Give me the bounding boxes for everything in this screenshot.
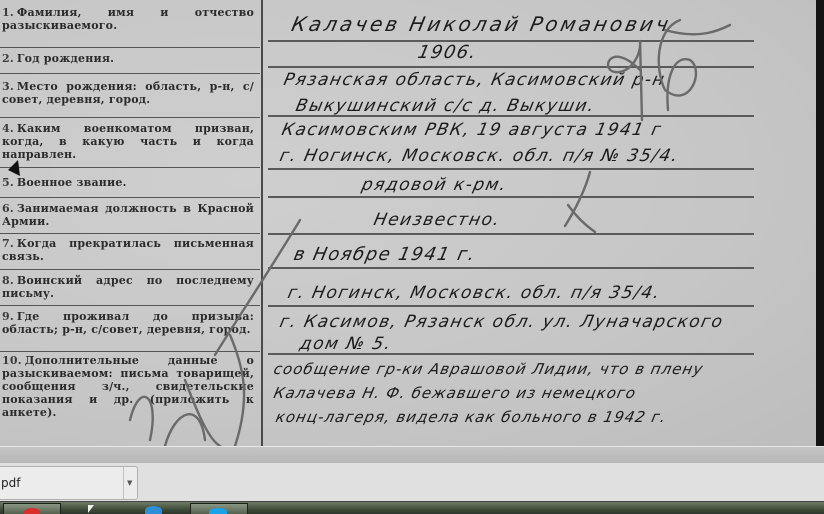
value-full-name: Калачев Николай Романович bbox=[289, 12, 673, 36]
cursor-app-icon bbox=[88, 505, 94, 513]
internet-explorer-icon bbox=[145, 506, 162, 514]
opera-icon bbox=[24, 508, 40, 514]
form-label-10: 10.Дополнительные данные о разыскиваемом… bbox=[0, 352, 260, 446]
ruled-line bbox=[268, 305, 754, 307]
value-last-address: г. Ногинск, Московск. обл. п/я 35/4. bbox=[286, 283, 663, 303]
form-label-7: 7.Когда прекратилась письменная связь. bbox=[0, 234, 260, 270]
value-last-contact: в Ноябре 1941 г. bbox=[292, 244, 478, 265]
ruled-line bbox=[268, 233, 754, 235]
taskbar bbox=[0, 502, 824, 514]
value-rank: рядовой к-рм. bbox=[360, 175, 509, 195]
scanned-document: 1.Фамилия, имя и отчество разыскиваемого… bbox=[0, 0, 816, 446]
value-birthplace-line1: Рязанская область, Касимовский р-н bbox=[282, 70, 668, 90]
viewer-scroll-strip[interactable] bbox=[0, 446, 824, 464]
form-label-5: 5.Военное звание. bbox=[0, 168, 260, 198]
form-label-2: 2.Год рождения. bbox=[0, 48, 260, 74]
value-residence-line1: г. Касимов, Рязанск обл. ул. Луначарског… bbox=[278, 312, 726, 332]
form-label-9: 9.Где проживал до призыва: область; р-н,… bbox=[0, 306, 260, 352]
ruled-line bbox=[268, 168, 754, 170]
column-divider bbox=[261, 0, 263, 446]
ruled-line bbox=[268, 40, 754, 42]
ruled-line bbox=[268, 267, 754, 269]
taskbar-button-opera[interactable] bbox=[3, 503, 61, 514]
taskbar-button-ie[interactable] bbox=[125, 503, 187, 514]
value-birth-year: 1906. bbox=[416, 42, 479, 63]
value-draft-line2: г. Ногинск, Московск. обл. п/я № 35/4. bbox=[278, 146, 681, 166]
value-residence-line2: дом № 5. bbox=[298, 334, 394, 354]
chevron-down-icon: ▼ bbox=[127, 479, 132, 487]
ruled-line bbox=[268, 66, 754, 68]
value-position: Неизвестно. bbox=[372, 210, 503, 230]
form-label-8: 8.Воинский адрес по последнему письму. bbox=[0, 270, 260, 306]
ruled-line bbox=[268, 196, 754, 198]
file-select-dropdown[interactable]: pdf ▼ bbox=[0, 466, 138, 500]
taskbar-button-app[interactable] bbox=[62, 503, 122, 514]
form-label-6: 6.Занимаемая должность в Красной Армии. bbox=[0, 198, 260, 234]
skype-icon bbox=[209, 508, 227, 514]
value-draft-line1: Касимовским РВК, 19 августа 1941 г bbox=[280, 120, 664, 140]
file-name: pdf bbox=[1, 476, 20, 490]
form-label-1: 1.Фамилия, имя и отчество разыскиваемого… bbox=[0, 4, 260, 48]
form-labels-column: 1.Фамилия, имя и отчество разыскиваемого… bbox=[0, 0, 260, 446]
taskbar-button-skype[interactable] bbox=[190, 503, 248, 514]
dropdown-button[interactable]: ▼ bbox=[123, 467, 137, 499]
document-edge bbox=[816, 0, 824, 446]
value-additional-line1: сообщение гр-ки Аврашовой Лидии, что в п… bbox=[272, 360, 705, 378]
form-label-4: 4.Каким военкоматом призван, когда, в ка… bbox=[0, 118, 260, 168]
form-label-3: 3.Место рождения: область, р-н, с/совет,… bbox=[0, 74, 260, 118]
value-additional-line3: конц-лагеря, видела как больного в 1942 … bbox=[274, 408, 668, 426]
value-additional-line2: Калачева Н. Ф. бежавшего из немецкого bbox=[272, 384, 638, 402]
value-birthplace-line2: Выкушинский с/с д. Выкуши. bbox=[294, 96, 597, 116]
